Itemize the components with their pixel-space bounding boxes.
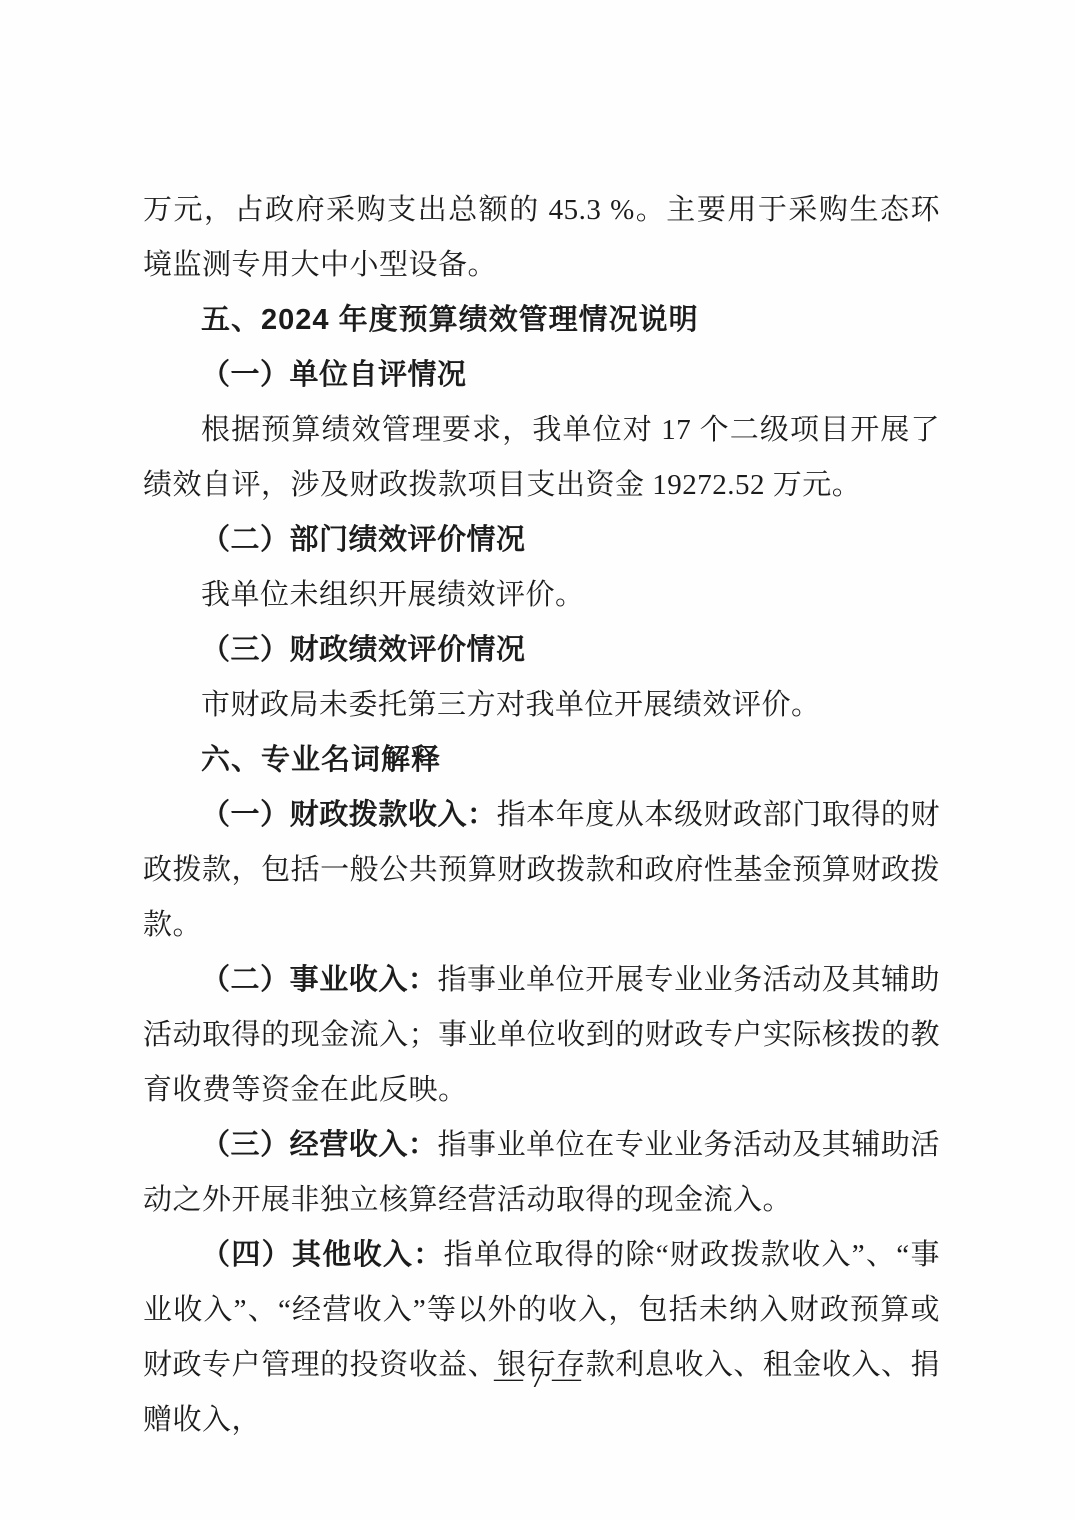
paragraph-department-evaluation-detail: 我单位未组织开展绩效评价。 <box>143 568 940 623</box>
term-label-other-income: （四）其他收入： <box>201 1239 444 1271</box>
section-heading-5-performance-management: 五、2024 年度预算绩效管理情况说明 <box>143 293 940 348</box>
paragraph-finance-evaluation-detail: 市财政局未委托第三方对我单位开展绩效评价。 <box>143 678 940 733</box>
subsection-heading-department-evaluation: （二）部门绩效评价情况 <box>143 513 940 568</box>
page-footer: — 7 — <box>0 1358 1075 1398</box>
paragraph-term-business-income: （二）事业收入：指事业单位开展专业业务活动及其辅助活动取得的现金流入；事业单位收… <box>143 953 940 1118</box>
term-label-fiscal-appropriation-income: （一）财政拨款收入： <box>201 799 497 831</box>
term-label-operating-income: （三）经营收入： <box>201 1129 438 1161</box>
subsection-heading-finance-evaluation: （三）财政绩效评价情况 <box>143 623 940 678</box>
paragraph-term-other-income: （四）其他收入：指单位取得的除“财政拨款收入”、“事业收入”、“经营收入”等以外… <box>143 1228 940 1448</box>
paragraph-term-operating-income: （三）经营收入：指事业单位在专业业务活动及其辅助活动之外开展非独立核算经营活动取… <box>143 1118 940 1228</box>
term-label-business-income: （二）事业收入： <box>201 964 438 996</box>
subsection-heading-self-evaluation: （一）单位自评情况 <box>143 348 940 403</box>
paragraph-self-evaluation-detail: 根据预算绩效管理要求，我单位对 17 个二级项目开展了绩效自评，涉及财政拨款项目… <box>143 403 940 513</box>
document-page: 万元，占政府采购支出总额的 45.3 %。主要用于采购生态环境监测专用大中小型设… <box>0 0 1075 1520</box>
paragraph-procurement-continuation: 万元，占政府采购支出总额的 45.3 %。主要用于采购生态环境监测专用大中小型设… <box>143 183 940 293</box>
paragraph-term-fiscal-appropriation-income: （一）财政拨款收入：指本年度从本级财政部门取得的财政拨款，包括一般公共预算财政拨… <box>143 788 940 953</box>
section-heading-6-terminology: 六、专业名词解释 <box>143 733 940 788</box>
text-block: 万元，占政府采购支出总额的 45.3 %。主要用于采购生态环境监测专用大中小型设… <box>143 183 940 1448</box>
